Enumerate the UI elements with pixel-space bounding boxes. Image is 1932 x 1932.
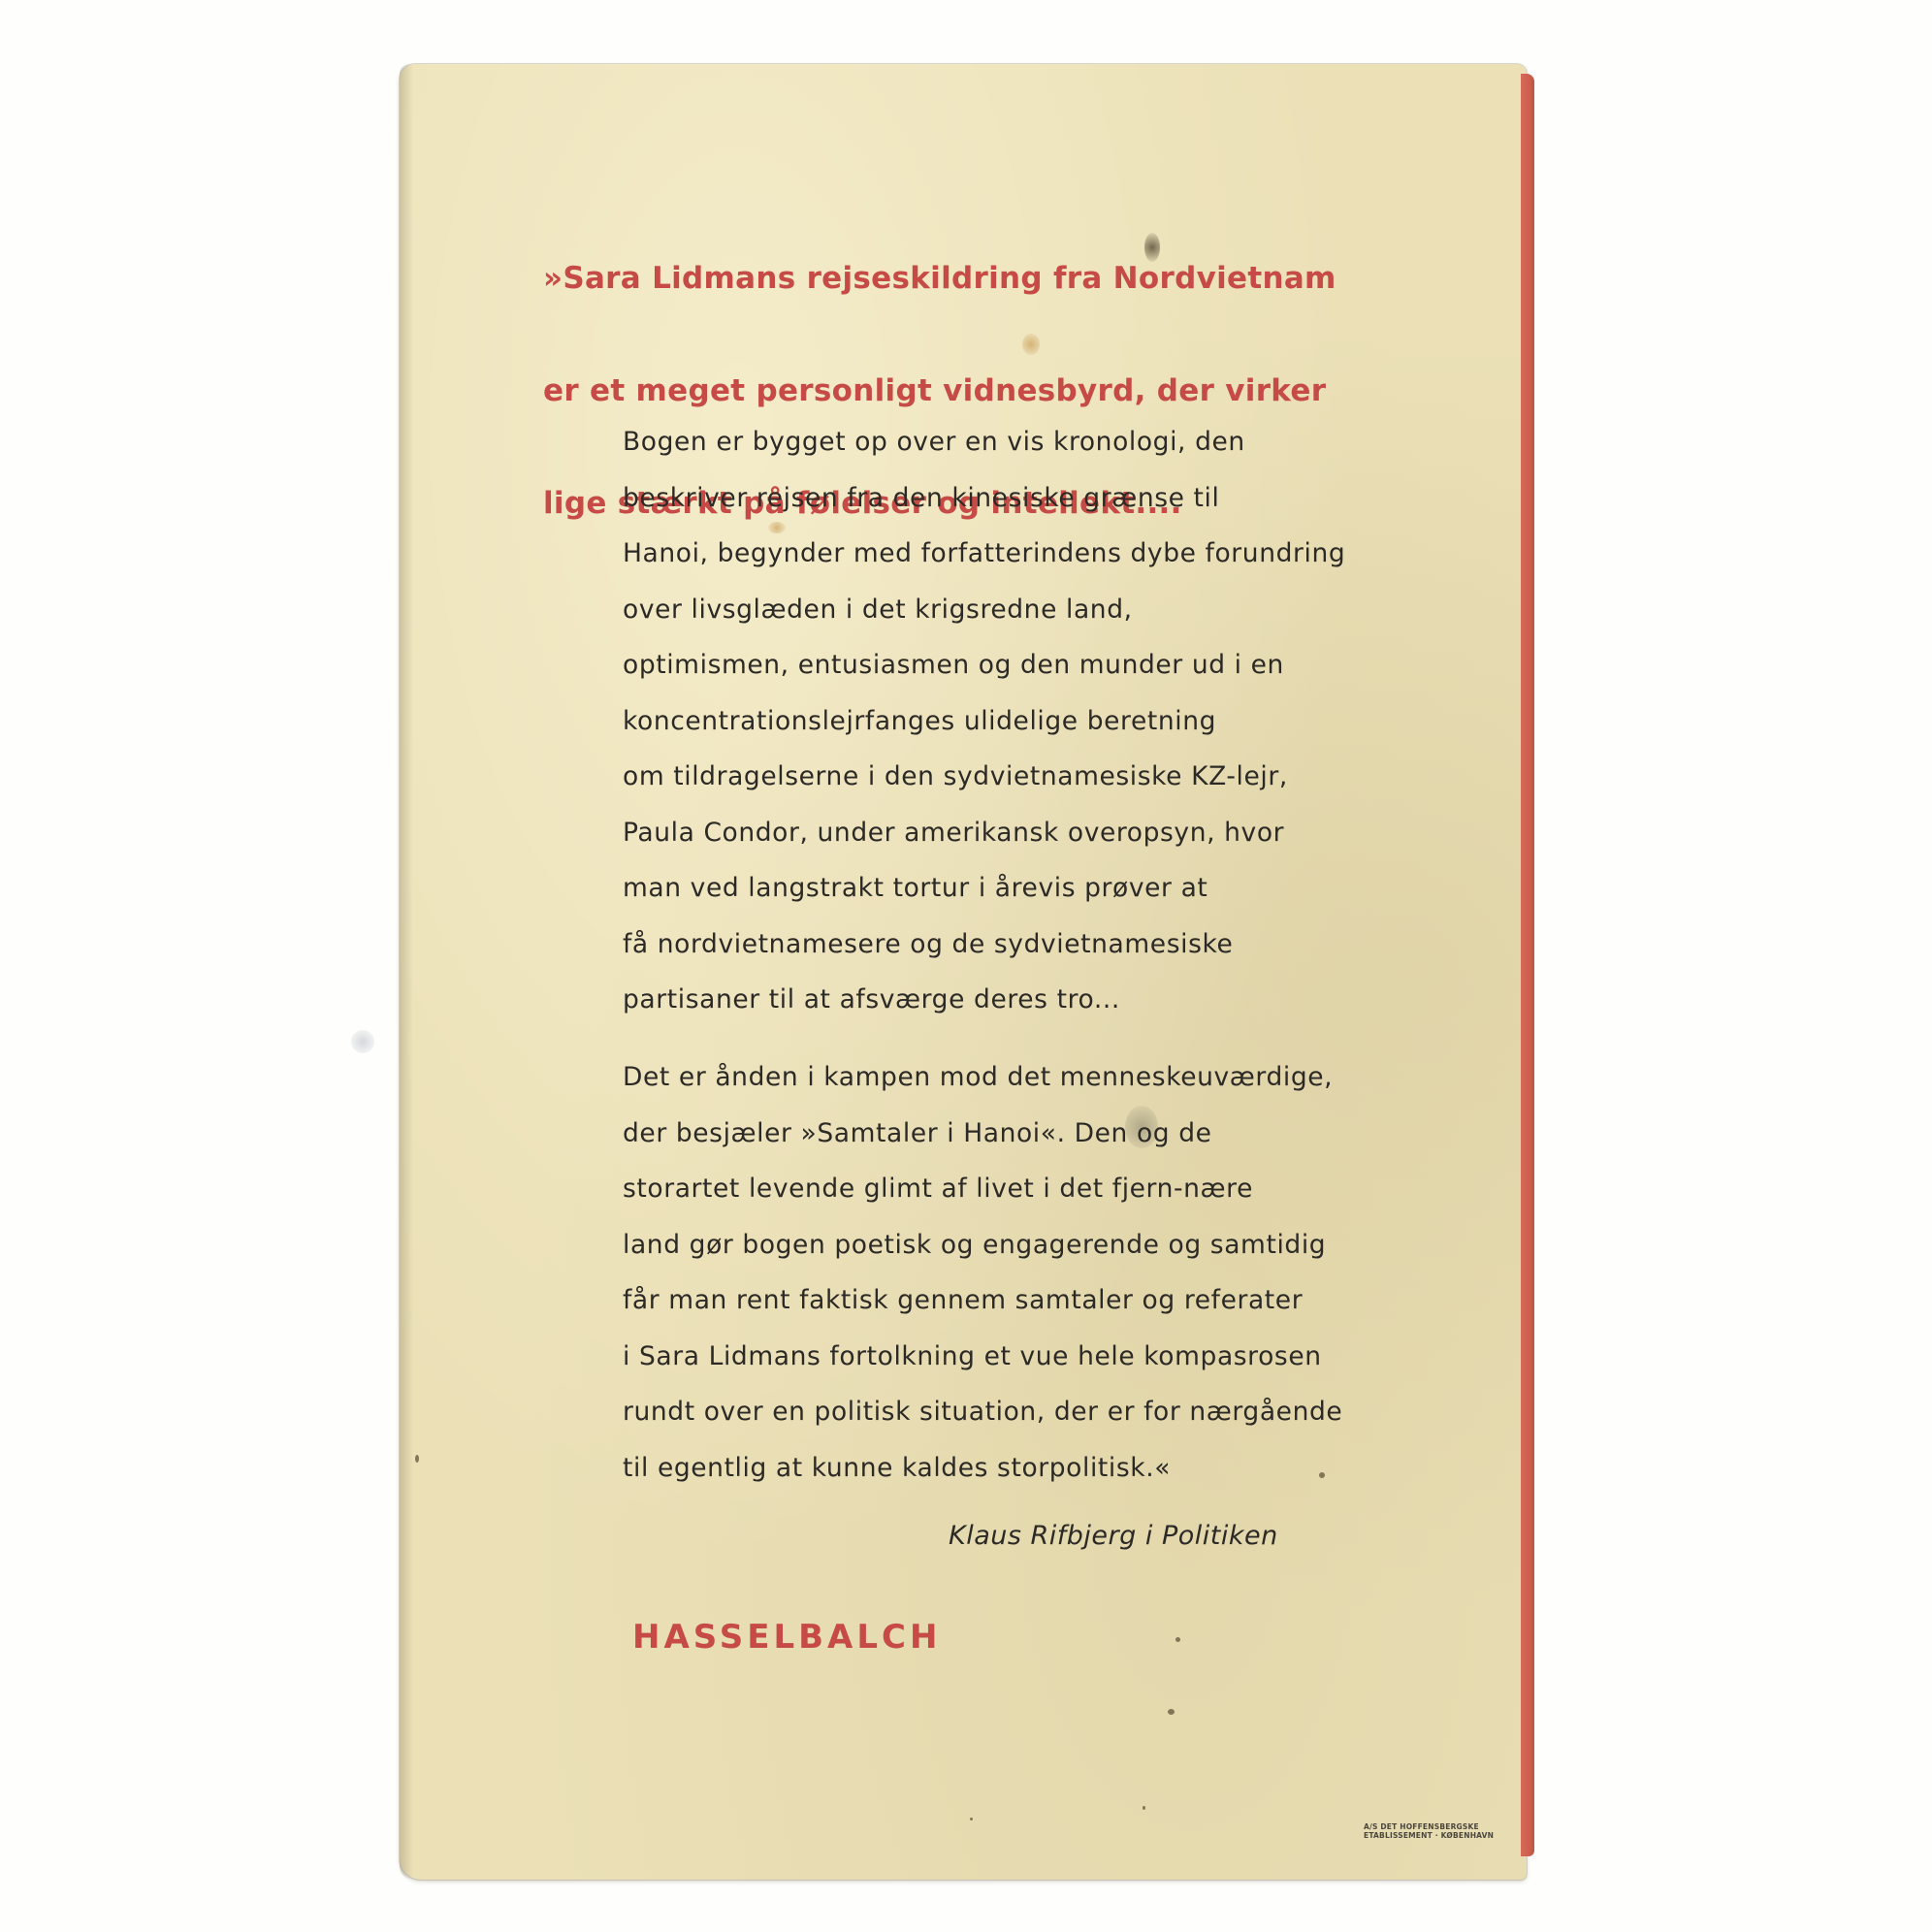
text-line: optimismen, entusiasmen og den munder ud… (623, 637, 1345, 693)
printer-imprint: A/S DET HOFFENSBERGSKE ETABLISSEMENT · K… (1364, 1822, 1494, 1840)
text-line: Bogen er bygget op over en vis kronologi… (623, 414, 1345, 470)
review-paragraph-1: Bogen er bygget op over en vis kronologi… (623, 414, 1345, 1028)
text-line: Paula Condor, under amerikansk overopsyn… (623, 805, 1345, 861)
review-attribution: Klaus Rifbjerg i Politiken (949, 1521, 1278, 1551)
speck (415, 1455, 419, 1463)
speck (970, 1818, 973, 1820)
text-line: der besjæler »Samtaler i Hanoi«. Den og … (623, 1106, 1342, 1162)
lead-quote-line: er et meget personligt vidnesbyrd, der v… (543, 363, 1377, 419)
text-line: rundt over en politisk situation, der er… (623, 1384, 1342, 1440)
text-line: partisaner til at afsværge deres tro... (623, 972, 1345, 1028)
text-line: Det er ånden i kampen mod det menneskeuv… (623, 1049, 1342, 1106)
text-line: over livsglæden i det krigsredne land, (623, 582, 1345, 638)
text-line: koncentrationslejrfanges ulidelige beret… (623, 693, 1345, 750)
review-paragraph-2: Det er ånden i kampen mod det menneskeuv… (623, 1049, 1342, 1496)
text-line: får man rent faktisk gennem samtaler og … (623, 1272, 1342, 1329)
text-line: storartet levende glimt af livet i det f… (623, 1161, 1342, 1217)
text-line: til egentlig at kunne kaldes storpolitis… (623, 1440, 1342, 1497)
text-line: i Sara Lidmans fortolkning et vue hele k… (623, 1329, 1342, 1385)
speck (1168, 1709, 1175, 1715)
lead-quote-line: »Sara Lidmans rejseskildring fra Nordvie… (543, 250, 1377, 306)
red-spine-edge (1521, 74, 1534, 1856)
speck (1143, 1806, 1145, 1810)
publisher-name: HASSELBALCH (632, 1618, 941, 1657)
text-line: land gør bogen poetisk og engagerende og… (623, 1217, 1342, 1273)
text-line: Hanoi, begynder med forfatterindens dybe… (623, 526, 1345, 582)
photo-background: »Sara Lidmans rejseskildring fra Nordvie… (0, 0, 1932, 1932)
text-line: man ved langstrakt tortur i årevis prøve… (623, 860, 1345, 917)
stain-mark (351, 1030, 374, 1053)
text-line: beskriver rejsen fra den kinesiske græns… (623, 470, 1345, 527)
text-line: få nordvietnamesere og de sydvietnamesis… (623, 917, 1345, 973)
text-line: om tildragelserne i den sydvietnamesiske… (623, 749, 1345, 805)
printer-line: A/S DET HOFFENSBERGSKE (1364, 1822, 1494, 1831)
printer-line: ETABLISSEMENT · KØBENHAVN (1364, 1831, 1494, 1840)
speck (1175, 1637, 1180, 1642)
